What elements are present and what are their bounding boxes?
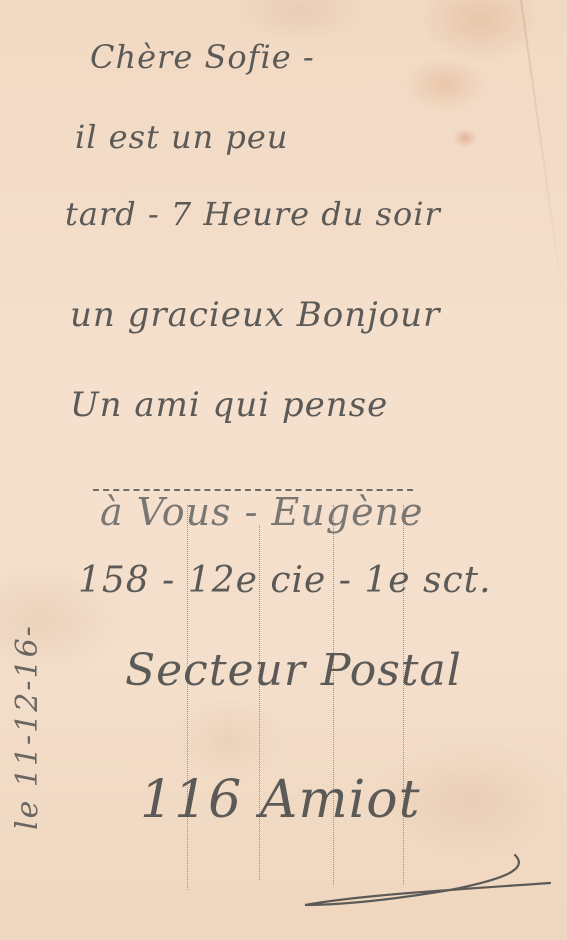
- military-unit: 158 - 12e cie - 1e sct.: [78, 560, 492, 601]
- salutation: Chère Sofie -: [90, 38, 315, 76]
- message-line: il est un peu: [75, 118, 288, 156]
- message-line: Un ami qui pense: [70, 385, 388, 425]
- sector-number-signature: 116 Amiot: [140, 770, 420, 830]
- message-line: tard - 7 Heure du soir: [65, 195, 441, 233]
- message-line: à Vous - Eugène: [100, 490, 424, 534]
- postal-sector-label: Secteur Postal: [125, 645, 462, 696]
- message-line: un gracieux Bonjour: [70, 295, 440, 335]
- margin-date: le 11-12-16-: [10, 624, 45, 830]
- postcard-back: Chère Sofie - il est un peu tard - 7 Heu…: [0, 0, 567, 940]
- signature-flourish-icon: [300, 850, 560, 910]
- paper-crease: [520, 0, 567, 317]
